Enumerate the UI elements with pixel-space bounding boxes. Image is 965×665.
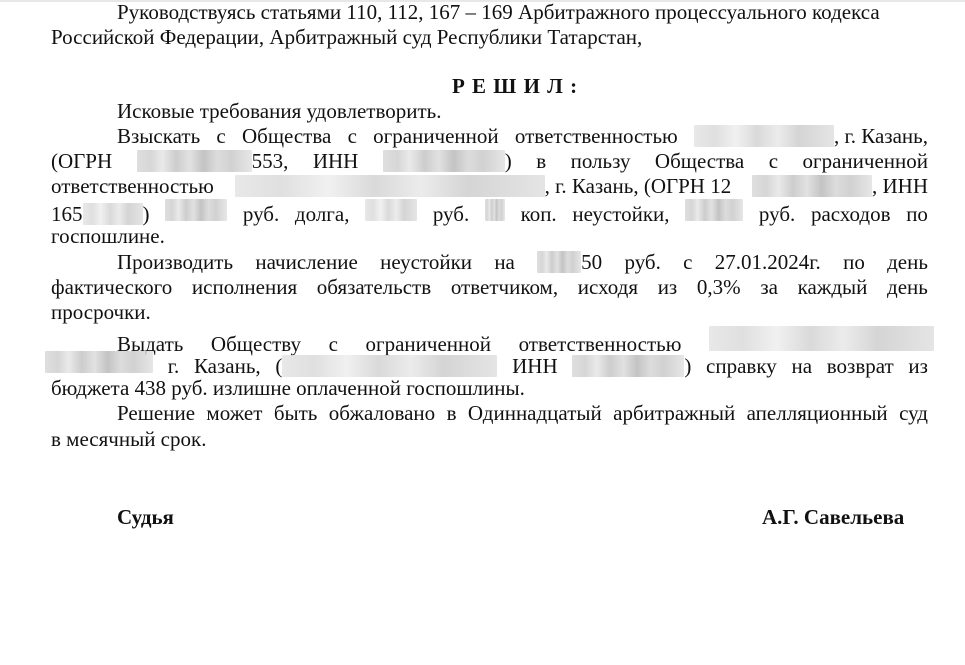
word: с xyxy=(769,149,778,174)
intro-line-1: Руководствуясь статьями 110, 112, 167 – … xyxy=(117,0,880,25)
refund-line-2: г. Казань, ( ИНН ) справку на возврат из xyxy=(51,351,928,376)
word: фактического xyxy=(51,275,172,300)
word: на xyxy=(494,250,515,275)
redacted-inn: ) xyxy=(383,149,512,174)
word: в xyxy=(447,401,457,426)
word: Одиннадцатый xyxy=(468,401,602,426)
word: Решение xyxy=(117,401,195,426)
penalty-line-2: фактического исполнения обязательств отв… xyxy=(51,275,928,300)
word: день xyxy=(887,250,928,275)
redacted-penalty-rubles xyxy=(365,199,417,221)
word: ) xyxy=(684,354,691,378)
word: 165 xyxy=(51,202,83,226)
word: 553, xyxy=(252,149,289,173)
redacted-ogrn-2: , ИНН xyxy=(752,174,928,199)
penalty-line-1: Производить начисление неустойки на 50 р… xyxy=(117,250,928,275)
redacted-ogrn: 553, xyxy=(137,149,289,174)
word: может xyxy=(206,401,262,426)
word: Взыскать xyxy=(117,124,200,149)
appeal-line-1: Решение может быть обжаловано в Одиннадц… xyxy=(117,401,928,426)
word: руб. xyxy=(624,250,660,275)
word: начисление xyxy=(255,250,357,275)
word: ограниченной xyxy=(802,149,928,174)
redaction-block xyxy=(235,175,545,197)
redaction-block xyxy=(752,175,872,197)
word: день xyxy=(887,275,928,300)
refund-line-1: Выдать Обществу с ограниченной ответстве… xyxy=(117,326,928,351)
word: 50 xyxy=(581,250,602,274)
recovery-line-5: госпошлине. xyxy=(51,224,165,249)
word: пользу xyxy=(571,149,631,174)
judge-name: А.Г. Савельева xyxy=(762,505,904,530)
recovery-line-2: (ОГРН 553, ИНН ) в пользу Общества с огр… xyxy=(51,149,928,174)
word: ответственностью xyxy=(515,124,678,149)
redaction-block xyxy=(282,355,497,377)
redacted-debt-amount xyxy=(165,199,227,221)
decision-heading: Р Е Ш И Л : xyxy=(0,74,965,99)
redacted-inn-3: ) xyxy=(572,354,691,379)
word: каждый xyxy=(798,275,868,300)
word: коп. xyxy=(521,202,557,227)
word: справку xyxy=(706,354,777,379)
word: руб. xyxy=(759,202,795,227)
word: с xyxy=(216,124,225,149)
redacted-company-name: , г. Казань, xyxy=(694,124,928,149)
word: ) xyxy=(505,149,512,173)
word: ) xyxy=(143,202,150,226)
word: по xyxy=(843,250,865,275)
document-page: Руководствуясь статьями 110, 112, 167 – … xyxy=(0,0,965,665)
redaction-block xyxy=(383,150,505,172)
word: неустойки xyxy=(380,250,472,275)
penalty-line-3: просрочки. xyxy=(51,300,151,325)
intro-line-2: Российской Федерации, Арбитражный суд Ре… xyxy=(51,25,642,50)
word: арбитражный xyxy=(613,401,735,426)
recovery-line-1: Взыскать с Общества с ограниченной ответ… xyxy=(117,124,928,149)
word: Производить xyxy=(117,250,233,275)
claims-granted-text: Исковые требования удовлетворить. xyxy=(117,99,442,124)
word: с xyxy=(348,124,357,149)
redaction-block xyxy=(537,251,581,273)
word: апелляционный xyxy=(747,401,888,426)
redaction-block xyxy=(572,355,684,377)
word: из xyxy=(908,354,928,379)
word: руб. xyxy=(433,202,469,227)
recovery-line-3: ответственностью , г. Казань, (ОГРН 12 ,… xyxy=(51,174,928,199)
word: суд xyxy=(899,401,928,426)
word: , г. Казань, (ОГРН 12 xyxy=(545,174,732,198)
refund-line-3: бюджета 438 руб. излишне оплаченной госп… xyxy=(51,376,525,401)
redacted-penalty-base: 50 xyxy=(537,250,602,275)
word: Общества xyxy=(655,149,744,174)
rate-text: 0,3% xyxy=(697,275,741,300)
appeal-line-2: в месячный срок. xyxy=(51,427,206,452)
word: ограниченной xyxy=(373,124,499,149)
word: руб. xyxy=(243,202,279,227)
word: с xyxy=(683,250,692,275)
word: обязательств xyxy=(317,275,431,300)
word: (ОГРН xyxy=(51,149,112,174)
redacted-company-name-3-cont xyxy=(45,351,153,373)
word: обжаловано xyxy=(329,401,435,426)
word: ( xyxy=(275,354,282,378)
word: за xyxy=(760,275,778,300)
word: ответчиком, xyxy=(451,275,558,300)
recovery-line-4: 165) руб. долга, руб. коп. неустойки, ру… xyxy=(51,199,928,224)
word: по xyxy=(906,202,928,227)
redaction-block xyxy=(694,125,834,147)
redaction-block xyxy=(137,150,252,172)
word: исходя xyxy=(578,275,638,300)
word: из xyxy=(658,275,678,300)
word: , г. Казань, xyxy=(834,124,928,148)
redacted-company-name-2: , г. Казань, (ОГРН 12 xyxy=(235,174,732,199)
redacted-company-name-3 xyxy=(709,326,934,351)
word: долга, xyxy=(295,202,350,227)
date-text: 27.01.2024г. xyxy=(715,250,821,275)
word: , ИНН xyxy=(872,174,928,198)
word: быть xyxy=(274,401,318,426)
word: ответственностью xyxy=(51,174,214,199)
redaction-block xyxy=(83,203,143,225)
word: Общества xyxy=(242,124,331,149)
word: в xyxy=(536,149,546,174)
judge-title: Судья xyxy=(117,505,174,530)
word: возврат xyxy=(827,354,894,379)
word: неустойки, xyxy=(572,202,669,227)
word: на xyxy=(791,354,812,379)
redacted-penalty-kopecks xyxy=(485,199,505,221)
word: исполнения xyxy=(192,275,297,300)
redacted-fee-amount xyxy=(685,199,743,221)
word: ИНН xyxy=(313,149,359,174)
word: расходов xyxy=(811,202,891,227)
